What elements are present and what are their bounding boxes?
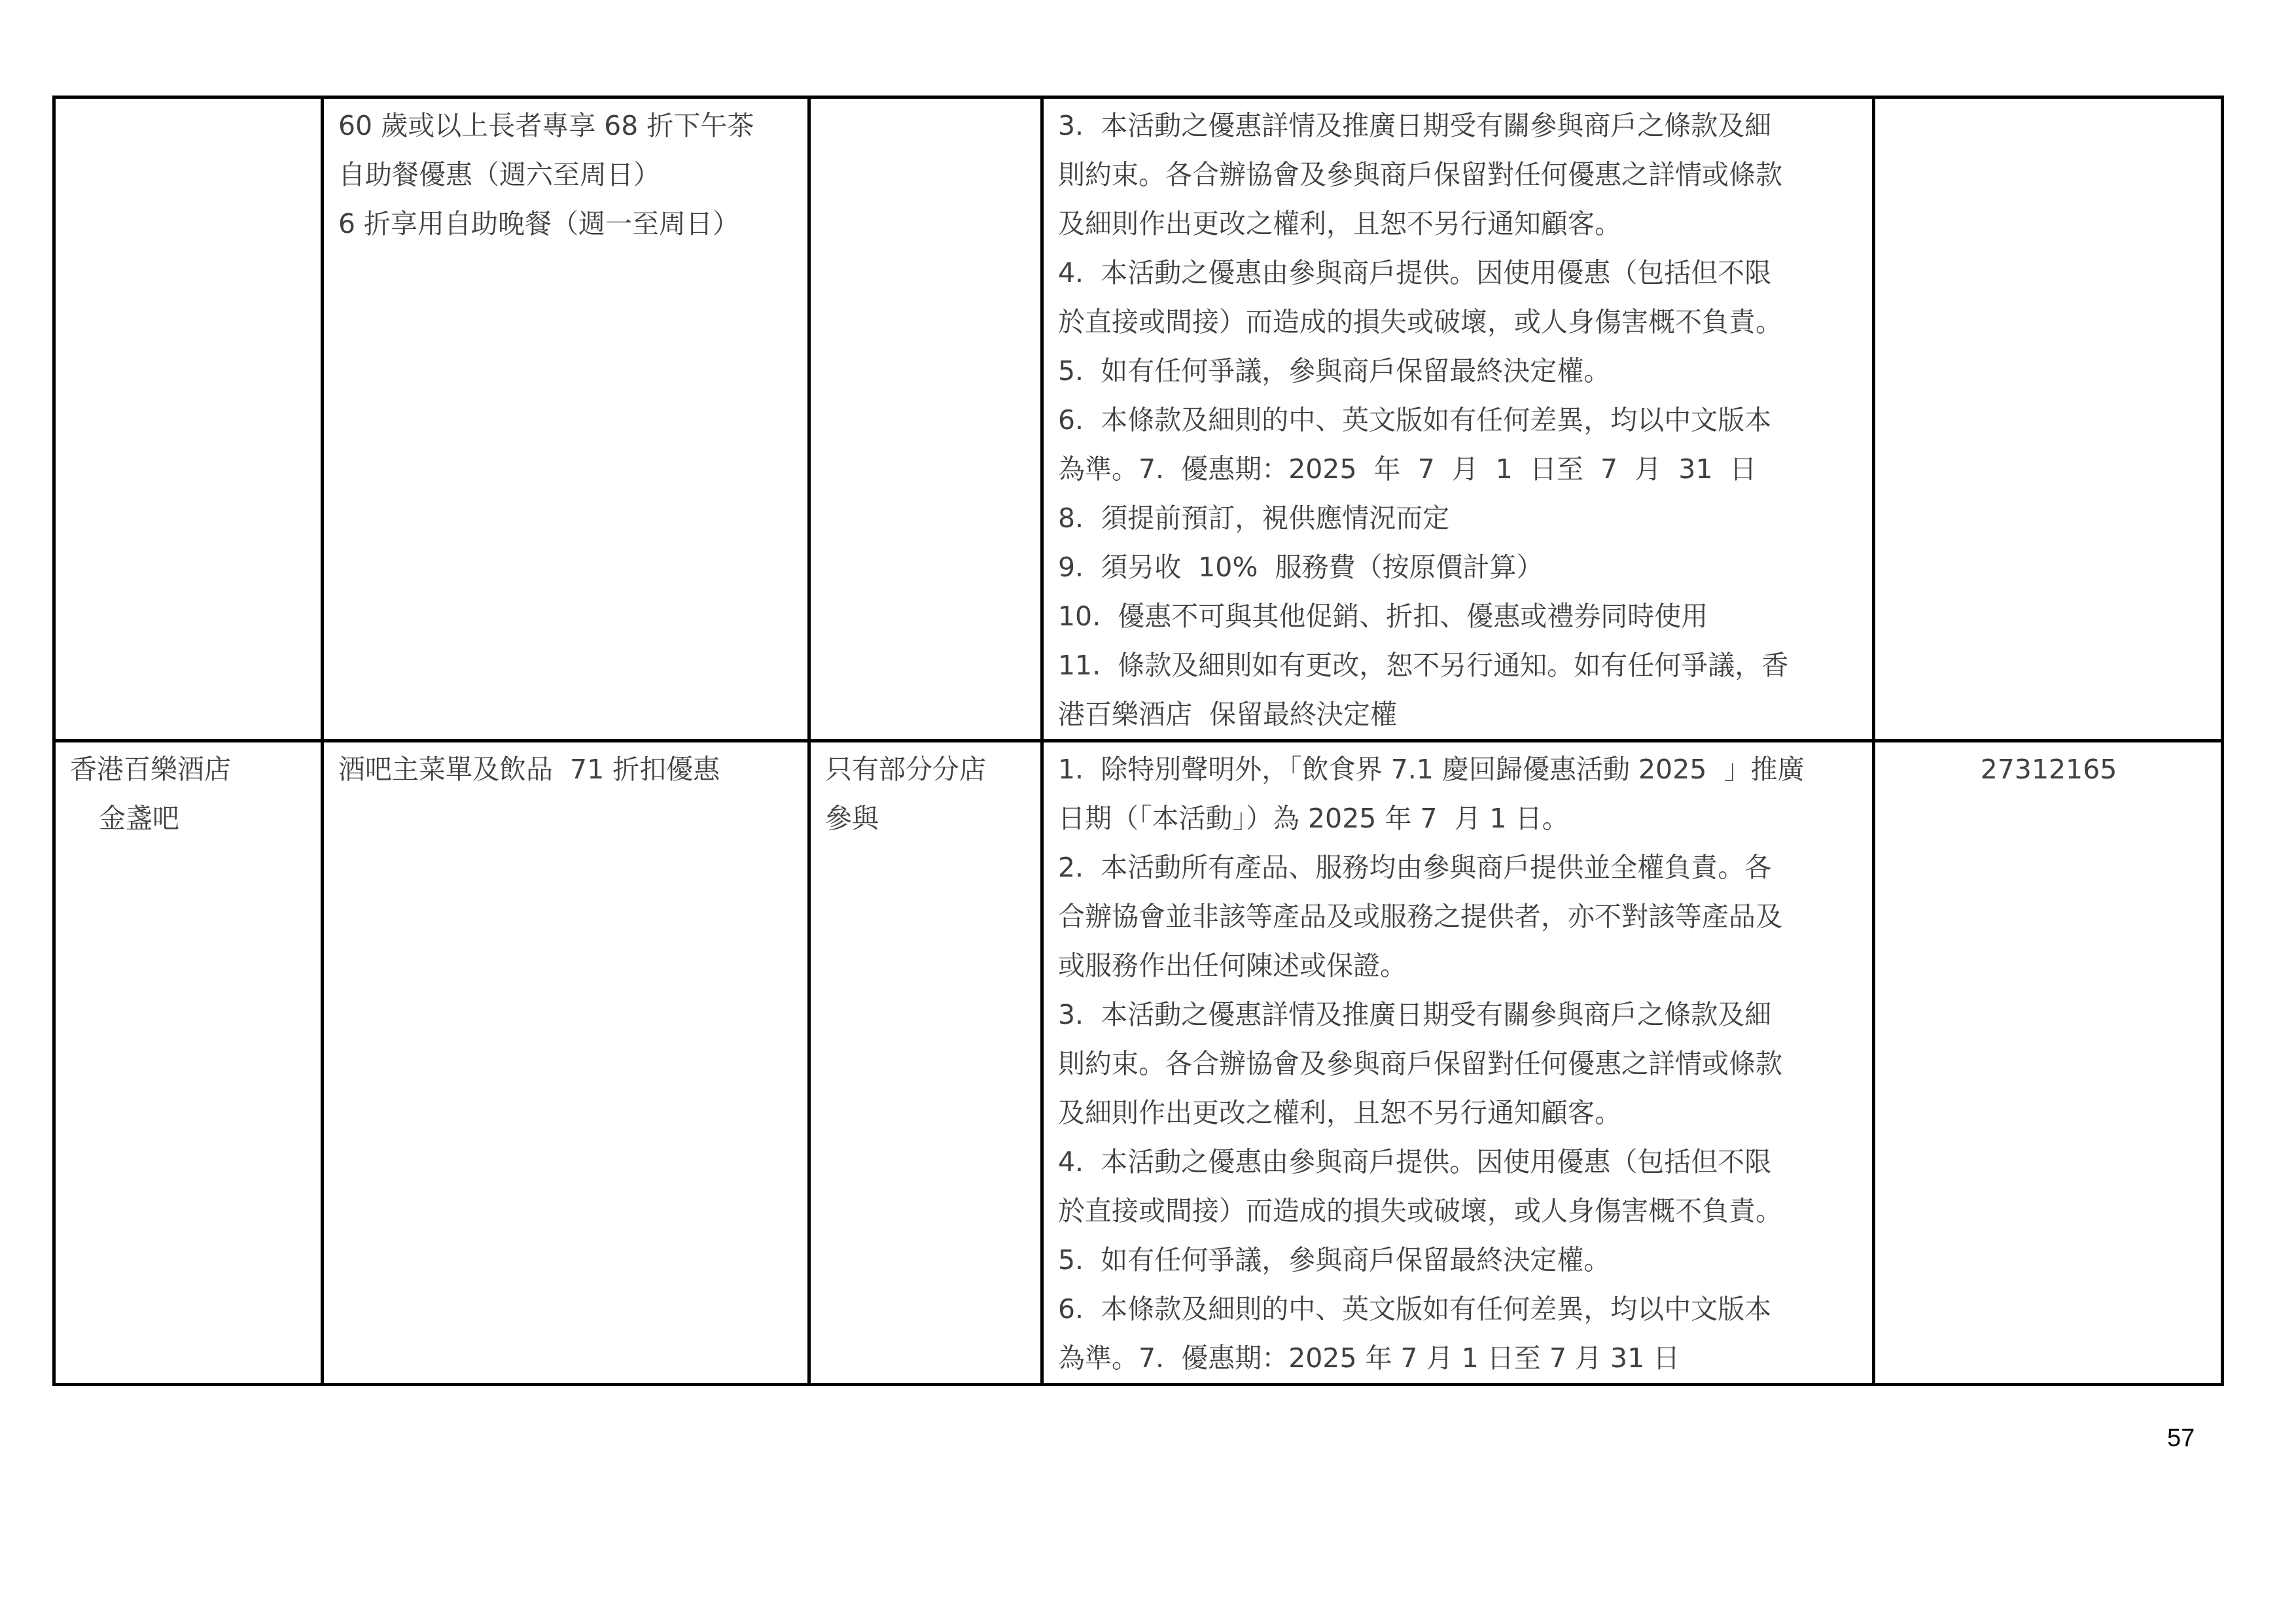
offer-cell: 60 歲或以上長者專享 68 折下午茶 自助餐優惠（週六至周日） 6 折享用自助… bbox=[323, 97, 809, 741]
terms-line: 6. 本條款及細則的中、英文版如有任何差異，均以中文版本 bbox=[1058, 396, 1859, 445]
table-row: 60 歲或以上長者專享 68 折下午茶 自助餐優惠（週六至周日） 6 折享用自助… bbox=[54, 97, 2223, 741]
terms-line: 4. 本活動之優惠由參與商戶提供。因使用優惠（包括但不限 bbox=[1058, 1138, 1859, 1187]
offer-line: 6 折享用自助晚餐（週一至周日） bbox=[338, 200, 794, 249]
branches-line: 只有部分分店 bbox=[825, 745, 1027, 794]
terms-line: 9. 須另收 10% 服務費（按原價計算） bbox=[1058, 543, 1859, 592]
terms-line: 4. 本活動之優惠由參與商戶提供。因使用優惠（包括但不限 bbox=[1058, 249, 1859, 298]
terms-line: 或服務作出任何陳述或保證。 bbox=[1058, 941, 1859, 990]
terms-line: 5. 如有任何爭議，參與商戶保留最終決定權。 bbox=[1058, 1236, 1859, 1285]
terms-line: 合辦協會並非該等產品及或服務之提供者，亦不對該等產品及 bbox=[1058, 892, 1859, 941]
branches-line: 參與 bbox=[825, 794, 1027, 843]
phone-cell bbox=[1874, 97, 2223, 741]
terms-line: 3. 本活動之優惠詳情及推廣日期受有關參與商戶之條款及細 bbox=[1058, 990, 1859, 1039]
terms-line: 6. 本條款及細則的中、英文版如有任何差異，均以中文版本 bbox=[1058, 1285, 1859, 1334]
document-page: 60 歲或以上長者專享 68 折下午茶 自助餐優惠（週六至周日） 6 折享用自助… bbox=[0, 0, 2296, 1623]
branches-cell: 只有部分分店 參與 bbox=[809, 741, 1042, 1385]
branches-cell bbox=[809, 97, 1042, 741]
terms-cell: 1. 除特別聲明外，「飲食界 7.1 慶回歸優惠活動 2025 」推廣 日期（「… bbox=[1042, 741, 1874, 1385]
terms-line: 及細則作出更改之權利，且恕不另行通知顧客。 bbox=[1058, 1089, 1859, 1138]
offer-line: 60 歲或以上長者專享 68 折下午茶 bbox=[338, 101, 794, 150]
terms-line: 8. 須提前預訂，視供應情況而定 bbox=[1058, 494, 1859, 543]
offers-table: 60 歲或以上長者專享 68 折下午茶 自助餐優惠（週六至周日） 6 折享用自助… bbox=[52, 96, 2224, 1386]
merchant-cell bbox=[54, 97, 323, 741]
page-number: 57 bbox=[2167, 1425, 2195, 1453]
terms-line: 11. 條款及細則如有更改，恕不另行通知。如有任何爭議，香 bbox=[1058, 641, 1859, 690]
terms-line: 日期（「本活動」）為 2025 年 7 月 1 日。 bbox=[1058, 794, 1859, 843]
terms-line: 於直接或間接）而造成的損失或破壞，或人身傷害概不負責。 bbox=[1058, 298, 1859, 347]
terms-line: 港百樂酒店 保留最終決定權 bbox=[1058, 690, 1859, 739]
terms-line: 則約束。各合辦協會及參與商戶保留對任何優惠之詳情或條款 bbox=[1058, 1039, 1859, 1089]
terms-line: 則約束。各合辦協會及參與商戶保留對任何優惠之詳情或條款 bbox=[1058, 150, 1859, 200]
terms-line: 10. 優惠不可與其他促銷、折扣、優惠或禮券同時使用 bbox=[1058, 592, 1859, 641]
table-row: 香港百樂酒店 金盞吧 酒吧主菜單及飲品 71 折扣優惠 只有部分分店 參與 1.… bbox=[54, 741, 2223, 1385]
terms-line: 2. 本活動所有產品、服務均由參與商戶提供並全權負責。各 bbox=[1058, 843, 1859, 892]
phone-cell: 27312165 bbox=[1874, 741, 2223, 1385]
terms-line: 3. 本活動之優惠詳情及推廣日期受有關參與商戶之條款及細 bbox=[1058, 101, 1859, 150]
terms-cell: 3. 本活動之優惠詳情及推廣日期受有關參與商戶之條款及細 則約束。各合辦協會及參… bbox=[1042, 97, 1874, 741]
terms-line: 1. 除特別聲明外，「飲食界 7.1 慶回歸優惠活動 2025 」推廣 bbox=[1058, 745, 1859, 794]
offer-line: 酒吧主菜單及飲品 71 折扣優惠 bbox=[338, 745, 794, 794]
terms-line: 為準。7. 優惠期：2025 年 7 月 1 日至 7 月 31 日 bbox=[1058, 445, 1859, 494]
terms-line: 及細則作出更改之權利，且恕不另行通知顧客。 bbox=[1058, 200, 1859, 249]
terms-line: 為準。7. 優惠期：2025 年 7 月 1 日至 7 月 31 日 bbox=[1058, 1334, 1859, 1383]
offer-cell: 酒吧主菜單及飲品 71 折扣優惠 bbox=[323, 741, 809, 1385]
merchant-name: 香港百樂酒店 bbox=[70, 745, 308, 794]
phone-number: 27312165 bbox=[1890, 745, 2208, 794]
merchant-cell: 香港百樂酒店 金盞吧 bbox=[54, 741, 323, 1385]
offer-line: 自助餐優惠（週六至周日） bbox=[338, 150, 794, 200]
merchant-outlet: 金盞吧 bbox=[70, 794, 308, 843]
terms-line: 5. 如有任何爭議，參與商戶保留最終決定權。 bbox=[1058, 347, 1859, 396]
terms-line: 於直接或間接）而造成的損失或破壞，或人身傷害概不負責。 bbox=[1058, 1187, 1859, 1236]
